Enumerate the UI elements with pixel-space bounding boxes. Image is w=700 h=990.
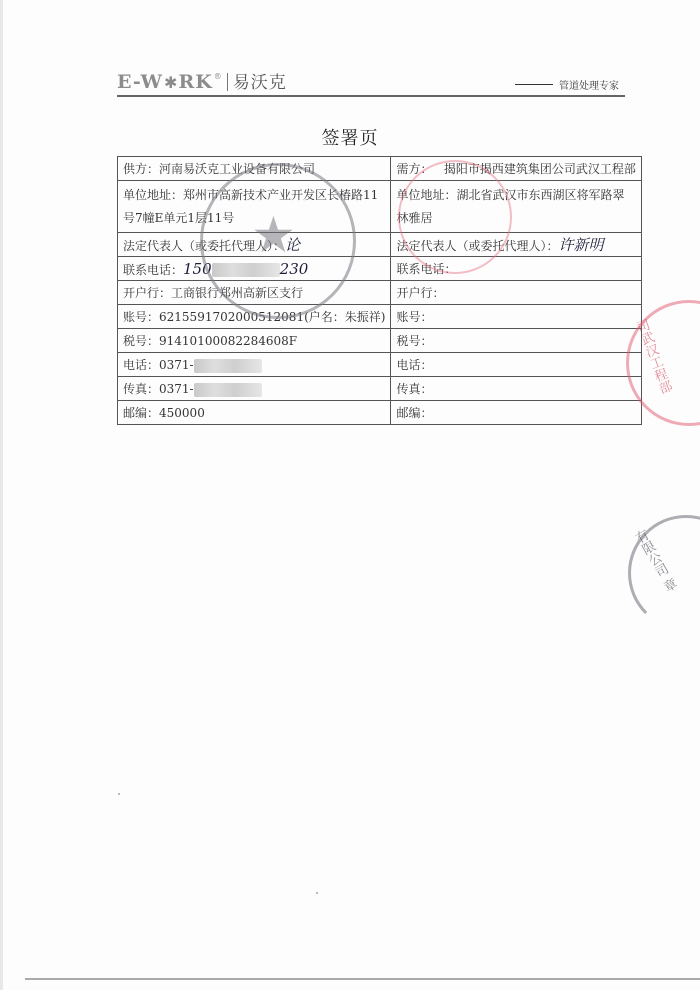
buyer-party-cell: 需方： 揭阳市揭西建筑集团公司武汉工程部 [391,157,641,181]
buyer-tax-cell: 税号： [391,329,641,353]
signature-table: 供方：河南易沃克工业设备有限公司 需方： 揭阳市揭西建筑集团公司武汉工程部 单位… [117,156,642,425]
buyer-phone-cell: 联系电话： [391,257,641,281]
supplier-bank-cell: 开户行：工商银行郑州高新区支行 [118,281,391,305]
redacted-block [194,383,262,397]
supplier-rep-cell: 法定代表人（或委托代理人）：论 [118,233,391,257]
logo-english-prefix: E-W [117,71,163,93]
supplier-address-cell: 单位地址：郑州市高新技术产业开发区长椿路11号7幢E单元1层11号 [118,181,391,233]
scan-speck [316,892,318,894]
buyer-rep-cell: 法定代表人（或委托代理人）：许新明 [391,233,641,257]
supplier-account: 6215591702000512081(户名：朱振祥) [159,310,385,324]
buyer-name: 揭阳市揭西建筑集团公司武汉工程部 [444,162,636,176]
header-divider [117,95,625,97]
table-row: 单位地址：郑州市高新技术产业开发区长椿路11号7幢E单元1层11号 单位地址：湖… [118,181,642,233]
buyer-tel-cell: 电话： [391,353,641,377]
redacted-block [212,263,280,277]
table-row: 法定代表人（或委托代理人）：论 法定代表人（或委托代理人）：许新明 [118,233,642,257]
supplier-signature: 论 [285,236,300,254]
table-row: 税号：91410100082284608F 税号： [118,329,642,353]
table-row: 传真：0371- 传真： [118,377,642,401]
footer-edge [25,978,700,980]
supplier-fax-cell: 传真：0371- [118,377,391,401]
page-title: 签署页 [0,124,700,150]
buyer-address-cell: 单位地址：湖北省武汉市东西湖区将军路翠林雅居 [391,181,641,233]
gear-icon: ✱ [164,73,177,92]
supplier-tel: 0371- [159,358,194,372]
buyer-signature: 许新明 [558,236,603,254]
letterhead: E-W ✱ RK ® 易沃克 管道处理专家 [117,68,625,96]
supplier-tax-id: 91410100082284608F [159,334,297,348]
supplier-zip-cell: 邮编：450000 [118,401,391,425]
table-row: 开户行：工商银行郑州高新区支行 开户行： [118,281,642,305]
supplier-bank: 工商银行郑州高新区支行 [171,286,303,300]
buyer-bank-cell: 开户行： [391,281,641,305]
buyer-zip-cell: 邮编： [391,401,641,425]
scan-speck [118,793,120,795]
supplier-side-seal-text: 有限公司 章 [629,527,680,596]
table-row: 电话：0371- 电话： [118,353,642,377]
buyer-fax-cell: 传真： [391,377,641,401]
supplier-account-cell: 账号：6215591702000512081(户名：朱振祥) [118,305,391,329]
supplier-tax-cell: 税号：91410100082284608F [118,329,391,353]
supplier-phone-suffix: 230 [280,260,309,278]
supplier-name: 河南易沃克工业设备有限公司 [159,162,315,176]
logo-english-suffix: RK [178,71,212,93]
supplier-phone-prefix: 150 [183,260,212,278]
tagline-text: 管道处理专家 [559,77,619,92]
tagline-dash [515,84,553,85]
supplier-party-cell: 供方：河南易沃克工业设备有限公司 [118,157,391,181]
redacted-block [194,359,262,373]
supplier-phone-cell: 联系电话：150230 [118,257,391,281]
registered-mark: ® [214,72,222,81]
supplier-zip: 450000 [159,406,205,420]
table-row: 联系电话：150230 联系电话： [118,257,642,281]
company-logo: E-W ✱ RK ® 易沃克 [117,68,287,93]
supplier-tel-cell: 电话：0371- [118,353,391,377]
logo-chinese: 易沃克 [233,68,287,93]
table-row: 账号：6215591702000512081(户名：朱振祥) 账号： [118,305,642,329]
tagline: 管道处理专家 [515,77,619,92]
logo-divider [227,73,228,91]
supplier-fax: 0371- [159,382,194,396]
table-row: 供方：河南易沃克工业设备有限公司 需方： 揭阳市揭西建筑集团公司武汉工程部 [118,157,642,181]
buyer-account-cell: 账号： [391,305,641,329]
table-row: 邮编：450000 邮编： [118,401,642,425]
